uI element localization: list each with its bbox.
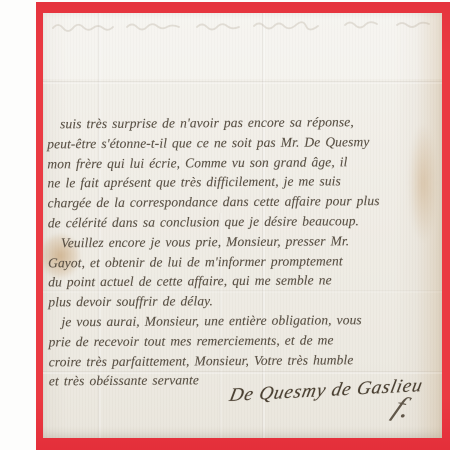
letter-line: mon frère qui lui écrie, Comme vu son gr…	[47, 151, 439, 174]
letter-line: de célérité dans sa conclusion que je dé…	[48, 211, 440, 234]
letter-line: Veuillez encore je vous prie, Monsieur, …	[48, 230, 440, 253]
letter-line: peut-être s'étonne-t-il que ce ne soit p…	[47, 131, 439, 154]
letter-line: ne le fait aprésent que très difficileme…	[47, 171, 439, 194]
letter-line: prie de recevoir tout mes remerciements,…	[49, 329, 441, 352]
letter-line: plus devoir souffrir de délay.	[48, 290, 440, 313]
showthrough-marks	[49, 17, 441, 37]
letter-paper: suis très surprise de n'avoir pas encore…	[43, 13, 442, 438]
letter-body: suis très surprise de n'avoir pas encore…	[47, 112, 441, 392]
letter-photo: suis très surprise de n'avoir pas encore…	[0, 0, 450, 450]
paper-shading	[43, 426, 442, 438]
letter-line: du point actuel de cette affaire, qui me…	[48, 270, 440, 293]
letter-line: suis très surprise de n'avoir pas encore…	[47, 112, 439, 135]
letter-line: Gayot, et obtenir de lui de m'informer p…	[48, 250, 440, 273]
letter-line: croire très parfaittement, Monsieur, Vot…	[49, 349, 441, 372]
letter-line: je vous aurai, Monsieur, une entière obl…	[48, 310, 440, 333]
letter-line: chargée de la correspondance dans cette …	[48, 191, 440, 214]
fold-crease-horizontal	[43, 81, 442, 84]
